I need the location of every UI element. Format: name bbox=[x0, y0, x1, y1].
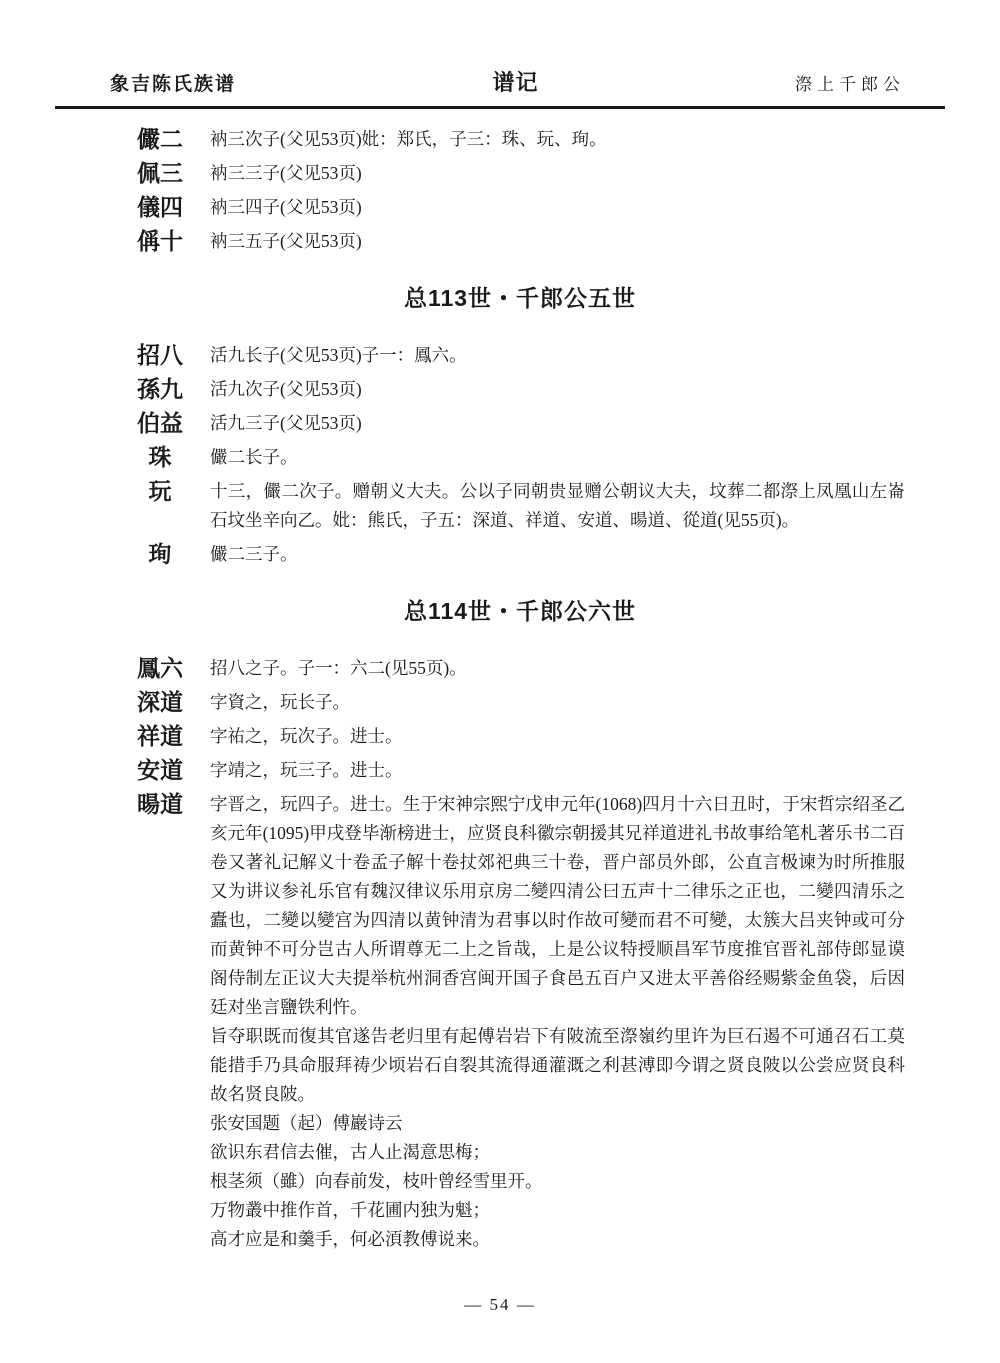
entry-text: 衲三次子(父见53页)妣：郑氏，子三：珠、玩、珣。 bbox=[210, 125, 905, 154]
entry-row: 玩十三，儼二次子。赠朝义大夫。公以子同朝贵显赠公朝议大夫，坟葬二都漈上凤凰山左崙… bbox=[135, 477, 905, 535]
entry-name: 深道 bbox=[135, 688, 185, 717]
entry-paragraph: 衲三四子(父见53页) bbox=[210, 193, 905, 222]
entry-text: 儼二三子。 bbox=[210, 540, 905, 569]
entry-name: 玩 bbox=[135, 477, 185, 506]
entry-row: 鳳六招八之子。子一：六二(见55页)。 bbox=[135, 654, 905, 683]
entry-paragraph: 活九次子(父见53页) bbox=[210, 375, 905, 404]
entry-row: 祥道字祐之，玩次子。进士。 bbox=[135, 722, 905, 751]
entry-row: 孫九活九次子(父见53页) bbox=[135, 375, 905, 404]
entry-text: 字靖之，玩三子。进士。 bbox=[210, 756, 905, 785]
entry-row: 儀四衲三四子(父见53页) bbox=[135, 193, 905, 222]
entry-name: 伯益 bbox=[135, 409, 185, 438]
entry-name: 珠 bbox=[135, 443, 185, 472]
entry-paragraph: 衲三次子(父见53页)妣：郑氏，子三：珠、玩、珣。 bbox=[210, 125, 905, 154]
entry-name: 暘道 bbox=[135, 790, 185, 819]
entry-row: 暘道字晋之，玩四子。进士。生于宋神宗熙宁戊申元年(1068)四月十六日丑时，于宋… bbox=[135, 790, 905, 1254]
entry-paragraph: 活九长子(父见53页)子一：鳳六。 bbox=[210, 341, 905, 370]
section-heading: 总113世・千郎公五世 bbox=[135, 280, 905, 313]
entry-paragraph: 张安国题（起）傅巖诗云 bbox=[210, 1109, 905, 1138]
entry-name: 偁十 bbox=[135, 227, 185, 256]
entry-text: 招八之子。子一：六二(见55页)。 bbox=[210, 654, 905, 683]
entry-paragraph: 十三，儼二次子。赠朝义大夫。公以子同朝贵显赠公朝议大夫，坟葬二都漈上凤凰山左崙石… bbox=[210, 477, 905, 535]
page-header: 象吉陈氏族谱 谱记 漈上千郎公 bbox=[55, 0, 945, 109]
genealogy-content: 儼二衲三次子(父见53页)妣：郑氏，子三：珠、玩、珣。佩三衲三三子(父见53页)… bbox=[135, 125, 905, 1254]
page-number: — 54 — bbox=[0, 1295, 1000, 1315]
lineage-title: 漈上千郎公 bbox=[795, 70, 945, 95]
entry-text: 衲三五子(父见53页) bbox=[210, 227, 905, 256]
entry-name: 祥道 bbox=[135, 722, 185, 751]
entry-row: 招八活九长子(父见53页)子一：鳳六。 bbox=[135, 341, 905, 370]
entry-paragraph: 万物叢中推作首，千花圃内独为魁； bbox=[210, 1196, 905, 1225]
entry-paragraph: 衲三五子(父见53页) bbox=[210, 227, 905, 256]
entry-text: 衲三三子(父见53页) bbox=[210, 159, 905, 188]
entry-text: 儼二长子。 bbox=[210, 443, 905, 472]
entry-paragraph: 字靖之，玩三子。进士。 bbox=[210, 756, 905, 785]
entry-row: 偁十衲三五子(父见53页) bbox=[135, 227, 905, 256]
entry-paragraph: 欲识东君信去催，古人止渴意思梅； bbox=[210, 1138, 905, 1167]
entry-paragraph: 字資之，玩长子。 bbox=[210, 688, 905, 717]
entry-name: 佩三 bbox=[135, 159, 185, 188]
entry-paragraph: 儼二长子。 bbox=[210, 443, 905, 472]
entry-paragraph: 旨夺职既而復其官遂告老归里有起傅岩岩下有陂流至漈嶺约里许为巨石遏不可通召石工莫能… bbox=[210, 1022, 905, 1109]
entry-text: 活九次子(父见53页) bbox=[210, 375, 905, 404]
entry-paragraph: 字祐之，玩次子。进士。 bbox=[210, 722, 905, 751]
section-heading: 总114世・千郎公六世 bbox=[135, 593, 905, 626]
entry-text: 字資之，玩长子。 bbox=[210, 688, 905, 717]
entry-name: 鳳六 bbox=[135, 654, 185, 683]
entry-name: 孫九 bbox=[135, 375, 185, 404]
entry-paragraph: 活九三子(父见53页) bbox=[210, 409, 905, 438]
entry-row: 安道字靖之，玩三子。进士。 bbox=[135, 756, 905, 785]
entry-text: 活九三子(父见53页) bbox=[210, 409, 905, 438]
entry-paragraph: 招八之子。子一：六二(见55页)。 bbox=[210, 654, 905, 683]
entry-paragraph: 儼二三子。 bbox=[210, 540, 905, 569]
entry-paragraph: 字晋之，玩四子。进士。生于宋神宗熙宁戊申元年(1068)四月十六日丑时，于宋哲宗… bbox=[210, 790, 905, 1022]
entry-paragraph: 衲三三子(父见53页) bbox=[210, 159, 905, 188]
book-title: 象吉陈氏族谱 bbox=[55, 69, 236, 96]
entry-text: 十三，儼二次子。赠朝义大夫。公以子同朝贵显赠公朝议大夫，坟葬二都漈上凤凰山左崙石… bbox=[210, 477, 905, 535]
entry-row: 珣儼二三子。 bbox=[135, 540, 905, 569]
entry-text: 字祐之，玩次子。进士。 bbox=[210, 722, 905, 751]
entry-row: 珠儼二长子。 bbox=[135, 443, 905, 472]
genealogy-page: 象吉陈氏族谱 谱记 漈上千郎公 儼二衲三次子(父见53页)妣：郑氏，子三：珠、玩… bbox=[0, 0, 1000, 1363]
entry-row: 伯益活九三子(父见53页) bbox=[135, 409, 905, 438]
entry-name: 儀四 bbox=[135, 193, 185, 222]
entry-row: 佩三衲三三子(父见53页) bbox=[135, 159, 905, 188]
entry-text: 衲三四子(父见53页) bbox=[210, 193, 905, 222]
entry-text: 字晋之，玩四子。进士。生于宋神宗熙宁戊申元年(1068)四月十六日丑时，于宋哲宗… bbox=[210, 790, 905, 1254]
chapter-title: 谱记 bbox=[493, 66, 539, 97]
entry-name: 招八 bbox=[135, 341, 185, 370]
entry-row: 深道字資之，玩长子。 bbox=[135, 688, 905, 717]
entry-paragraph: 根茎须（雖）向春前发，枝叶曾经雪里开。 bbox=[210, 1167, 905, 1196]
entry-row: 儼二衲三次子(父见53页)妣：郑氏，子三：珠、玩、珣。 bbox=[135, 125, 905, 154]
entry-text: 活九长子(父见53页)子一：鳳六。 bbox=[210, 341, 905, 370]
entry-name: 安道 bbox=[135, 756, 185, 785]
entry-name: 儼二 bbox=[135, 125, 185, 154]
entry-paragraph: 高才应是和羹手，何必湏教傅说来。 bbox=[210, 1225, 905, 1254]
entry-name: 珣 bbox=[135, 540, 185, 569]
